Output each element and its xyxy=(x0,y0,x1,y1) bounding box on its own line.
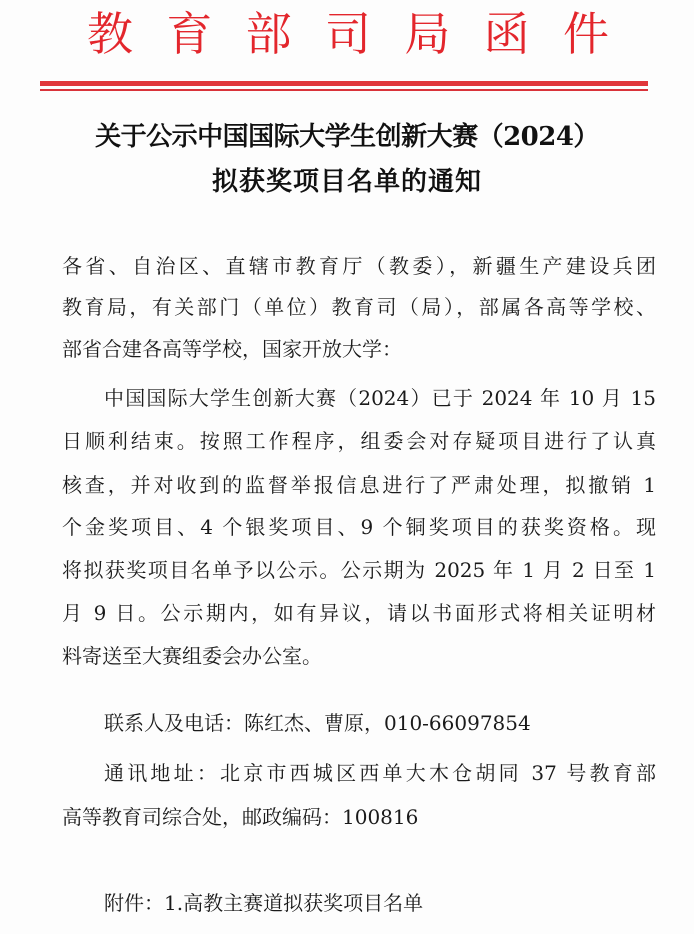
body-line: 日顺利结束。按照工作程序，组委会对存疑项目进行了认真 xyxy=(62,427,656,455)
contact-address-line: 通讯地址：北京市西城区西单大木仓胡同 37 号教育部 xyxy=(104,759,656,787)
salutation-line: 部省合建各高等学校，国家开放大学： xyxy=(62,335,656,363)
letterhead-char: 部 xyxy=(245,4,293,64)
document-page: 教 育 部 司 局 函 件 关于公示中国国际大学生创新大赛（2024） 拟获奖项… xyxy=(0,0,694,934)
body-line: 将拟获奖项目名单予以公示。公示期为 2025 年 1 月 2 日至 1 xyxy=(62,556,656,584)
letterhead: 教 育 部 司 局 函 件 xyxy=(86,4,610,64)
letterhead-char: 函 xyxy=(483,4,531,64)
body-line: 料寄送至大赛组委会办公室。 xyxy=(62,642,656,670)
attachment-line: 附件：1.高教主赛道拟获奖项目名单 xyxy=(104,889,656,917)
salutation-line: 教育局，有关部门（单位）教育司（局），部属各高等学校、 xyxy=(62,293,656,321)
contact-phone-line: 联系人及电话：陈红杰、曹原，010-66097854 xyxy=(104,709,656,737)
letterhead-char: 育 xyxy=(165,4,213,64)
letterhead-char: 局 xyxy=(403,4,451,64)
salutation-line: 各省、自治区、直辖市教育厅（教委），新疆生产建设兵团 xyxy=(62,252,656,280)
body-line: 月 9 日。公示期内，如有异议，请以书面形式将相关证明材 xyxy=(62,599,656,627)
letterhead-rule-thin xyxy=(40,89,648,91)
document-title-line-1: 关于公示中国国际大学生创新大赛（2024） xyxy=(0,116,694,153)
document-title-line-2: 拟获奖项目名单的通知 xyxy=(0,161,694,198)
body-line: 中国国际大学生创新大赛（2024）已于 2024 年 10 月 15 xyxy=(104,384,656,412)
letterhead-rule-thick xyxy=(40,81,648,86)
body-line: 个金奖项目、4 个银奖项目、9 个铜奖项目的获奖资格。现 xyxy=(62,513,656,541)
letterhead-char: 件 xyxy=(562,4,610,64)
body-line: 核查，并对收到的监督举报信息进行了严肃处理，拟撤销 1 xyxy=(62,471,656,499)
contact-address-line: 高等教育司综合处，邮政编码：100816 xyxy=(62,803,656,831)
letterhead-char: 教 xyxy=(86,4,134,64)
letterhead-char: 司 xyxy=(324,4,372,64)
